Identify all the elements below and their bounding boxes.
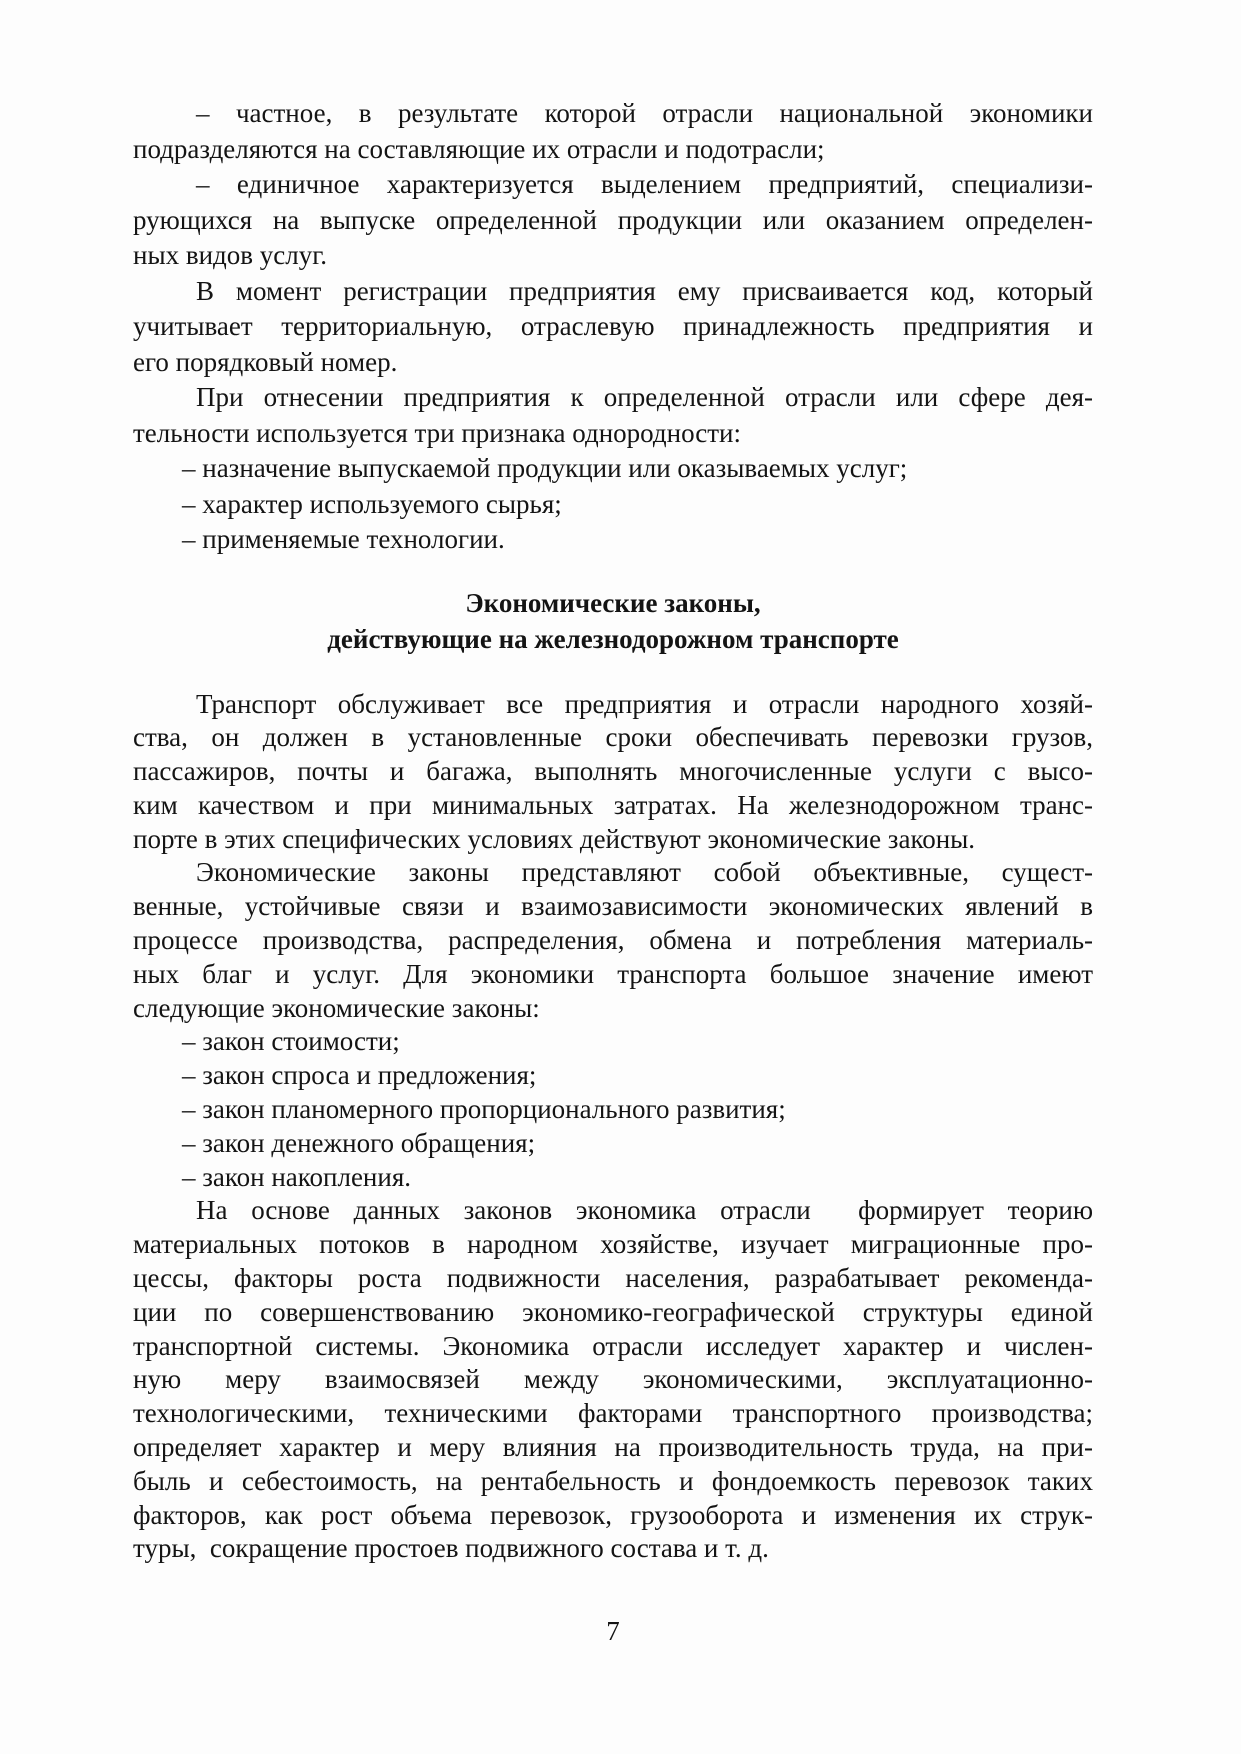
paragraph: – единичное характеризуется выделением п… bbox=[133, 167, 1093, 274]
heading-line: Экономические законы, bbox=[133, 585, 1093, 621]
text-line: учитывает территориальную, отраслевую пр… bbox=[133, 309, 1093, 345]
list-item: – закон планомерного пропорционального р… bbox=[133, 1093, 1093, 1127]
paragraph: При отнесении предприятия к определенной… bbox=[133, 380, 1093, 451]
page-number: 7 bbox=[133, 1614, 1093, 1648]
text-line: ных благ и услуг. Для экономики транспор… bbox=[133, 958, 1093, 992]
text-body: – частное, в результате которой отрасли … bbox=[133, 0, 1093, 1566]
text-line: При отнесении предприятия к определенной… bbox=[133, 380, 1093, 416]
text-line: транспортной системы. Экономика отрасли … bbox=[133, 1330, 1093, 1364]
list-item: – закон денежного обращения; bbox=[133, 1127, 1093, 1161]
paragraph: Экономические законы представляют собой … bbox=[133, 856, 1093, 1025]
text-line: его порядковый номер. bbox=[133, 345, 1093, 381]
text-line: ства, он должен в установленные сроки об… bbox=[133, 721, 1093, 755]
list-item: – характер используемого сырья; bbox=[133, 487, 1093, 523]
text-line: факторов, как рост объема перевозок, гру… bbox=[133, 1499, 1093, 1533]
document-page: – частное, в результате которой отрасли … bbox=[0, 0, 1241, 1754]
list-item: – применяемые технологии. bbox=[133, 522, 1093, 558]
list-item: – назначение выпускаемой продукции или о… bbox=[133, 451, 1093, 487]
text-line: ных видов услуг. bbox=[133, 238, 1093, 274]
paragraph: Транспорт обслуживает все предприятия и … bbox=[133, 688, 1093, 857]
heading-line: действующие на железнодорожном транспорт… bbox=[133, 621, 1093, 657]
text-line: подразделяются на составляющие их отрасл… bbox=[133, 132, 1093, 168]
text-line: венные, устойчивые связи и взаимозависим… bbox=[133, 890, 1093, 924]
text-line: Транспорт обслуживает все предприятия и … bbox=[133, 688, 1093, 722]
text-line: порте в этих специфических условиях дейс… bbox=[133, 823, 1093, 857]
text-line: В момент регистрации предприятия ему при… bbox=[133, 274, 1093, 310]
text-line: следующие экономические законы: bbox=[133, 992, 1093, 1026]
list-block: – назначение выпускаемой продукции или о… bbox=[133, 451, 1093, 558]
list-item: – закон накопления. bbox=[133, 1161, 1093, 1195]
text-line: технологическими, техническими факторами… bbox=[133, 1397, 1093, 1431]
list-item: – закон спроса и предложения; bbox=[133, 1059, 1093, 1093]
text-line: – частное, в результате которой отрасли … bbox=[133, 96, 1093, 132]
list-block: – закон стоимости;– закон спроса и предл… bbox=[133, 1025, 1093, 1194]
text-line: ную меру взаимосвязей между экономически… bbox=[133, 1363, 1093, 1397]
text-line: быль и себестоимость, на рентабельность … bbox=[133, 1465, 1093, 1499]
paragraph: – частное, в результате которой отрасли … bbox=[133, 96, 1093, 167]
text-line: На основе данных законов экономика отрас… bbox=[133, 1194, 1093, 1228]
text-line: Экономические законы представляют собой … bbox=[133, 856, 1093, 890]
text-line: туры, сокращение простоев подвижного сос… bbox=[133, 1532, 1093, 1566]
paragraph: На основе данных законов экономика отрас… bbox=[133, 1194, 1093, 1566]
text-line: процессе производства, распределения, об… bbox=[133, 924, 1093, 958]
text-line: определяет характер и меру влияния на пр… bbox=[133, 1431, 1093, 1465]
text-line: ции по совершенствованию экономико-геогр… bbox=[133, 1296, 1093, 1330]
text-line: тельности используется три признака одно… bbox=[133, 416, 1093, 452]
section-heading: Экономические законы,действующие на желе… bbox=[133, 585, 1093, 657]
text-line: материальных потоков в народном хозяйств… bbox=[133, 1228, 1093, 1262]
list-item: – закон стоимости; bbox=[133, 1025, 1093, 1059]
paragraph: В момент регистрации предприятия ему при… bbox=[133, 274, 1093, 381]
text-line: ким качеством и при минимальных затратах… bbox=[133, 789, 1093, 823]
text-line: – единичное характеризуется выделением п… bbox=[133, 167, 1093, 203]
text-line: рующихся на выпуске определенной продукц… bbox=[133, 203, 1093, 239]
text-line: пассажиров, почты и багажа, выполнять мн… bbox=[133, 755, 1093, 789]
text-line: цессы, факторы роста подвижности населен… bbox=[133, 1262, 1093, 1296]
